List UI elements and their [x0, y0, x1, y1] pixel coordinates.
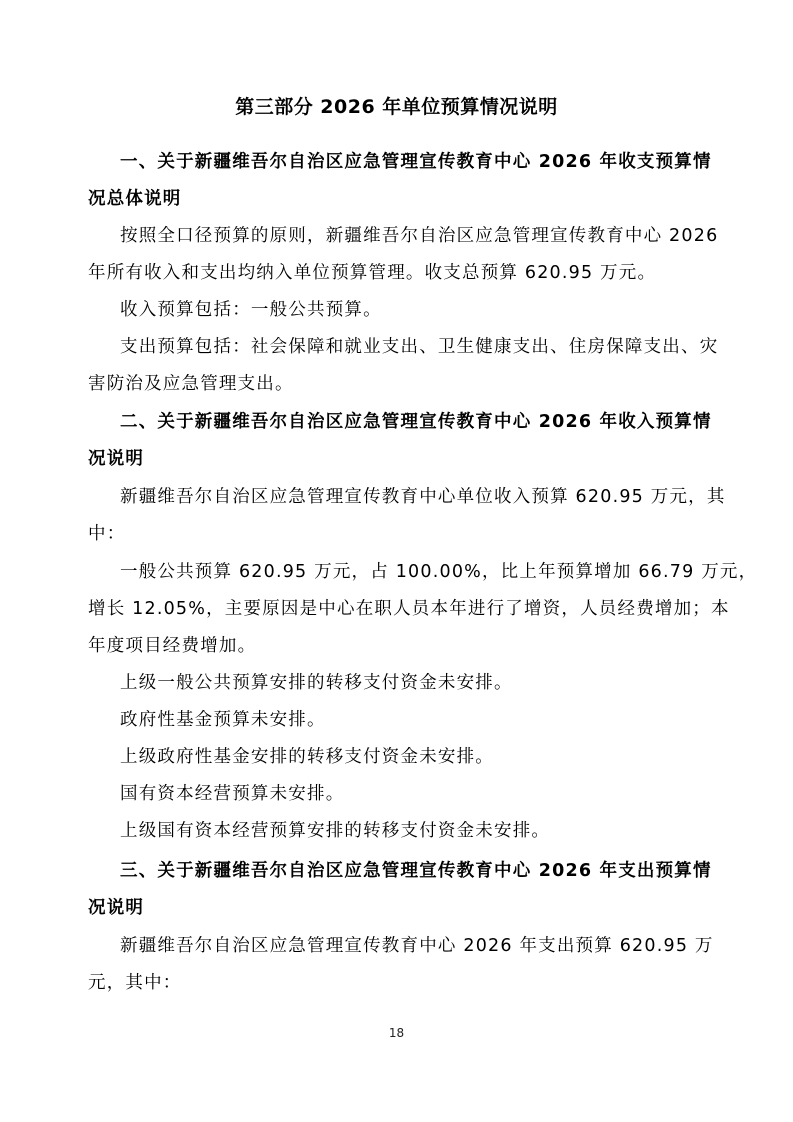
paragraph-line: 按照全口径预算的原则，新疆维吾尔自治区应急管理宣传教育中心 2026 — [88, 218, 740, 255]
paragraph-line: 新疆维吾尔自治区应急管理宣传教育中心单位收入预算 620.95 万元，其 — [88, 479, 740, 516]
section-3-heading-line-1: 三、关于新疆维吾尔自治区应急管理宣传教育中心 2026 年支出预算情 — [88, 853, 740, 890]
paragraph-line: 收入预算包括：一般公共预算。 — [88, 292, 740, 329]
section-1-heading-line-2: 况总体说明 — [88, 181, 708, 218]
paragraph-line: 一般公共预算 620.95 万元，占 100.00%，比上年预算增加 66.79… — [88, 554, 740, 591]
document-page: 第三部分 2026 年单位预算情况说明 一、关于新疆维吾尔自治区应急管理宣传教育… — [0, 0, 793, 1122]
paragraph-line: 支出预算包括：社会保障和就业支出、卫生健康支出、住房保障支出、灾 — [88, 329, 740, 366]
paragraph-line: 上级政府性基金安排的转移支付资金未安排。 — [88, 739, 740, 776]
section-1-heading-line-1: 一、关于新疆维吾尔自治区应急管理宣传教育中心 2026 年收支预算情 — [88, 144, 740, 181]
paragraph-line: 政府性基金预算未安排。 — [88, 702, 740, 739]
paragraph-line: 中： — [88, 516, 708, 553]
paragraph-line: 国有资本经营预算未安排。 — [88, 776, 740, 813]
paragraph-line: 元，其中： — [88, 965, 708, 1002]
paragraph-line: 害防治及应急管理支出。 — [88, 366, 708, 403]
section-2-heading-line-1: 二、关于新疆维吾尔自治区应急管理宣传教育中心 2026 年收入预算情 — [88, 404, 740, 441]
paragraph-line: 上级国有资本经营预算安排的转移支付资金未安排。 — [88, 813, 740, 850]
paragraph-line: 上级一般公共预算安排的转移支付资金未安排。 — [88, 665, 740, 702]
paragraph-line: 年度项目经费增加。 — [88, 628, 708, 665]
page-title: 第三部分 2026 年单位预算情况说明 — [0, 92, 793, 119]
page-number: 18 — [0, 1026, 793, 1040]
paragraph-line: 增长 12.05%，主要原因是中心在职人员本年进行了增资，人员经费增加；本 — [88, 591, 708, 628]
paragraph-line: 新疆维吾尔自治区应急管理宣传教育中心 2026 年支出预算 620.95 万 — [88, 928, 740, 965]
section-3-heading-line-2: 况说明 — [88, 890, 708, 927]
paragraph-line: 年所有收入和支出均纳入单位预算管理。收支总预算 620.95 万元。 — [88, 255, 708, 292]
section-2-heading-line-2: 况说明 — [88, 441, 708, 478]
